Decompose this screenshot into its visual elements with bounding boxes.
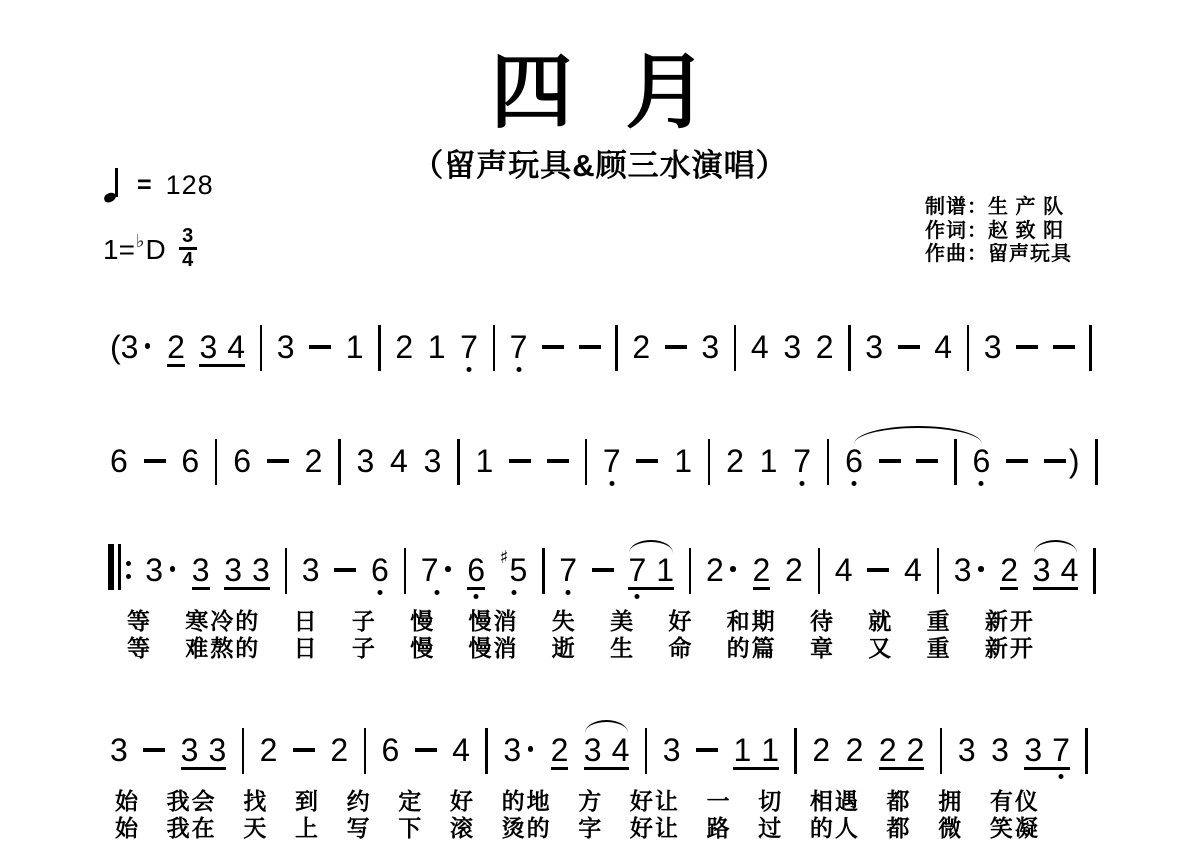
dash-rest [636,444,658,463]
note-number: 4 [390,444,408,478]
note-number: 3 [110,733,128,767]
note-number: 3 [584,733,602,767]
barline [260,325,263,371]
note-number: 2 [879,733,897,767]
credit-lyricist: 作词：赵 致 阳 [925,220,1072,244]
note: 2 [551,733,569,770]
dash-bar [547,459,569,463]
note-number: 6 [845,444,863,478]
note: 3 [252,553,270,587]
note: 3 [199,330,217,364]
note: 7 [559,553,577,587]
lyric-syllable: 都 [887,810,912,843]
repeat-sign [108,553,131,587]
dash-rest [1006,444,1028,463]
dash-rest: ) [1044,444,1080,478]
credit-arranger: 制谱：生 产 队 [925,196,1072,220]
note-number: 3 [991,733,1009,767]
note: 3 [1024,733,1042,767]
tempo-bpm: 128 [166,170,214,201]
note-number: 2 [812,733,830,767]
note: 6 [973,444,991,478]
note-number: 2 [1000,553,1018,587]
note-number: 2 [816,330,834,364]
lyric-syllable: 重 [927,630,952,663]
note: 7 [421,553,453,587]
repeat-dots [126,553,131,587]
note: 1 [346,330,364,364]
lyric-syllable: 命 [668,630,693,663]
key-main: 1=♭D [103,231,166,266]
note-number: 7 [559,553,577,587]
low-octave-dot [434,590,439,595]
barline [1089,325,1092,371]
barline [689,548,692,594]
note: 3 [145,553,177,587]
low-octave-dot [635,594,640,599]
note-number: 7 [793,444,811,478]
note-number: 2 [551,733,569,767]
music-line-2: 666234317121766) [110,444,1098,484]
credit-label: 作词： [925,220,988,242]
barline [585,439,588,485]
dash-rest [579,330,601,349]
dash-rest [143,733,165,752]
note: 4 [751,330,769,364]
lyric-syllable: 又 [868,630,893,663]
note: 1 [733,733,751,767]
lyric-syllable: 上 [295,810,320,843]
note: 3 [302,553,320,587]
dash-bar [1053,345,1075,349]
note-number: 3 [958,733,976,767]
barline [794,728,797,774]
key-signature: 1=♭D 3 4 [103,228,197,269]
lyric-syllable: 慢 [410,630,435,663]
note: 3 [958,733,976,767]
barline [645,728,648,774]
lyric-syllable: 路 [707,810,732,843]
barline [215,439,218,485]
note: 7 [510,330,528,364]
note: 6 [467,553,485,590]
low-octave-dot [852,481,857,486]
note-number: 3 [663,733,681,767]
note: 2 [816,330,834,364]
note: 3 [424,444,442,478]
note-number: 4 [1061,553,1079,587]
note: 1 [760,444,778,478]
lyric-syllable: 生 [610,630,635,663]
note: 3 [984,330,1002,364]
dash-rest [916,444,938,463]
note-number: 2 [305,444,323,478]
time-signature-top: 3 [182,228,193,245]
dash-bar [415,748,437,752]
lyric-syllable: 子 [352,630,377,663]
dash-rest [293,733,315,752]
note: 6 [381,733,399,767]
note: 1 [475,444,493,478]
beam-group: 37 [1024,733,1070,770]
note-number: 7 [510,330,528,364]
note: 2 [395,330,413,364]
low-octave-dot [566,590,571,595]
note: 2 [260,733,278,767]
barline [954,439,957,485]
note-number: 2 [706,553,724,587]
note-number: 1 [656,553,674,587]
note: 2 [907,733,925,767]
barline [404,548,407,594]
note-number: 7 [603,444,621,478]
note-number: 3 [277,330,295,364]
dash-bar [144,459,166,463]
note: 3 [584,733,602,767]
dash-rest [415,733,437,752]
low-octave-dot [800,481,805,486]
low-octave-dot [609,481,614,486]
note-number: 3 [224,553,242,587]
low-octave-dot [979,481,984,486]
note-number: 3 [1024,733,1042,767]
note: 3 [192,553,210,590]
note-number: 3 [192,553,210,587]
note: 3 [181,733,199,767]
dash-bar [309,345,331,349]
dash-rest [898,330,920,349]
tempo-mark: = 128 [104,167,214,203]
dash-rest [665,330,687,349]
barline [615,325,618,371]
dash-bar [334,568,356,572]
note-number: 4 [904,553,922,587]
note-number: 3 [208,733,226,767]
dash-bar [867,568,889,572]
key-prefix: 1= [103,234,135,265]
beam-group: 71 [628,553,674,590]
note-number: 6 [181,444,199,478]
note-number: 1 [428,330,446,364]
low-octave-dot [1059,774,1064,779]
sheet-music-page: 四 月 （留声玩具&顾三水演唱） = 128 1=♭D 3 4 制谱：生 产 队… [0,0,1200,850]
note: 2 [1000,553,1018,590]
credit-label: 制谱： [925,196,988,218]
lyrics-line3-verse2: 等难熬的日子慢慢消逝生命的篇章又重新开 [127,630,1035,663]
note: 3 [865,330,883,364]
dash-rest [879,444,901,463]
lyric-syllable: 的人 [810,810,860,843]
barline [848,325,851,371]
dash-rest [144,444,166,463]
lyric-syllable: 烫的 [502,810,552,843]
note-number: 2 [260,733,278,767]
note-number: 3 [954,553,972,587]
note-number: 3 [181,733,199,767]
note-number: 3 [302,553,320,587]
low-octave-dot [516,367,521,372]
music-line-1: (323431217723432343 [110,330,1092,370]
note: 2 [167,330,185,367]
note: 7 [793,444,811,478]
dash-rest [1016,330,1038,349]
lyric-syllable: 难熬的 [185,630,260,663]
note: 6 [845,444,863,478]
barline [285,548,288,594]
note: 3 [954,553,986,587]
barline [734,325,737,371]
note-number: 6 [467,553,485,587]
beam-group: 22 [879,733,925,770]
dash-bar [696,748,718,752]
note: 2 [726,444,744,478]
lyric-syllable: 好让 [630,810,680,843]
lyric-syllable: 微 [938,810,963,843]
barline [378,325,381,371]
note-number: 2 [167,330,185,364]
low-octave-dot [474,594,479,599]
lyric-syllable: 的篇 [727,630,777,663]
barline [338,439,341,485]
note: 2 [785,553,803,587]
note-number: 5 [510,553,528,587]
dash-rest [547,444,569,463]
dash-bar [916,459,938,463]
dash-bar [542,345,564,349]
note-number: 3 [121,330,139,364]
dash-bar [1006,459,1028,463]
dash-rest [592,553,614,572]
note: 6 [233,444,251,478]
note: 1 [428,330,446,364]
note-number: 2 [753,553,771,587]
note: 4 [612,733,630,767]
note: 7 [603,444,621,478]
note: 7 [460,330,478,364]
credit-composer: 作曲：留声玩具 [925,243,1072,267]
note: 2 [632,330,650,364]
lyric-syllable: 新开 [985,630,1035,663]
note-number: 3 [145,553,163,587]
barline [542,548,545,594]
dash-bar [509,459,531,463]
note-number: 7 [460,330,478,364]
music-line-3: 33333676♯5771222443234 [108,553,1096,593]
barline [940,728,943,774]
dash-bar [1044,459,1066,463]
barline [457,439,460,485]
note-number: 1 [674,444,692,478]
note: 4 [227,330,245,364]
dash-rest [509,444,531,463]
note-number: 6 [381,733,399,767]
note: 4 [934,330,952,364]
note-number: 1 [761,733,779,767]
lyric-syllable: 笑凝 [990,810,1040,843]
note-number: 1 [760,444,778,478]
dash-bar [293,748,315,752]
lyric-syllable: 章 [810,630,835,663]
barline [827,439,830,485]
note: 4 [452,733,470,767]
dash-rest [334,553,356,572]
note: 2 [305,444,323,478]
lyric-syllable: 天 [243,810,268,843]
note: 2 [846,733,864,767]
lyric-syllable: 逝 [552,630,577,663]
note-number: 3 [424,444,442,478]
tempo-equals: = [137,171,152,200]
barline [1085,728,1088,774]
note-number: 4 [452,733,470,767]
note-number: 2 [330,733,348,767]
note: 1 [656,553,674,587]
note-number: 3 [701,330,719,364]
note-number: 3 [356,444,374,478]
note: 1 [674,444,692,478]
dash-rest [542,330,564,349]
time-signature: 3 4 [179,228,197,269]
lyric-syllable: 日 [294,630,319,663]
dash-bar [267,459,289,463]
barline [937,548,940,594]
note: 3 [701,330,719,364]
lyrics-line4-verse2: 始我在天上写下滚烫的字好让路过的人都微笑凝 [115,810,1040,843]
note: 4 [1061,553,1079,587]
note-number: 6 [371,553,389,587]
time-signature-bottom: 4 [182,252,193,269]
dash-bar [898,345,920,349]
note-number: 4 [835,553,853,587]
quarter-note-icon [104,167,119,203]
lyric-syllable: 下 [398,810,423,843]
note: 3 [503,733,535,767]
note-number: 7 [628,553,646,587]
note: 6 [181,444,199,478]
beam-group: 11 [733,733,779,770]
note-number: 2 [632,330,650,364]
lyric-syllable: 等 [127,630,152,663]
key-tonic: D [145,234,165,265]
note-number: 3 [1033,553,1051,587]
dash-rest [696,733,718,752]
note: 3 [991,733,1009,767]
note-number: 7 [421,553,439,587]
dash-bar [592,568,614,572]
lyric-syllable: 我在 [167,810,217,843]
note-number: 3 [865,330,883,364]
lyric-syllable: 滚 [450,810,475,843]
dash-rest [867,553,889,572]
note-number: 3 [252,553,270,587]
note: 2 [706,553,738,587]
note-number: 4 [612,733,630,767]
credits-block: 制谱：生 产 队 作词：赵 致 阳 作曲：留声玩具 [925,196,1072,267]
lyric-syllable: 始 [115,810,140,843]
note: 3 [208,733,226,767]
note-number: 3 [503,733,521,767]
note: (3 [110,330,152,364]
open-paren: ( [110,330,121,364]
note-number: 4 [934,330,952,364]
note-number: 3 [984,330,1002,364]
credit-value: 生 产 队 [988,196,1064,218]
note-number: 6 [973,444,991,478]
beam-group: 34 [1033,553,1079,590]
note-number: 1 [346,330,364,364]
note-number: 2 [785,553,803,587]
note: 2 [330,733,348,767]
low-octave-dot [377,590,382,595]
note: 3 [110,733,128,767]
lyric-syllable: 过 [758,810,783,843]
note: 3 [663,733,681,767]
dash-bar [665,345,687,349]
dash-bar [636,459,658,463]
credit-value: 赵 致 阳 [988,220,1064,242]
note: 1 [761,733,779,767]
dash-rest [1053,330,1075,349]
beam-group: 33 [224,553,270,590]
note: ♯5 [500,553,528,587]
note: 3 [783,330,801,364]
note: 7 [628,553,646,587]
lyric-syllable: 字 [578,810,603,843]
flat-icon: ♭ [136,231,145,252]
note: 3 [277,330,295,364]
note-number: 6 [233,444,251,478]
note-number: 4 [751,330,769,364]
note-number: 7 [1052,733,1070,767]
note: 2 [753,553,771,590]
beam-group: 33 [181,733,227,770]
note-number: 1 [733,733,751,767]
dash-rest [267,444,289,463]
barline [364,728,367,774]
note: 4 [390,444,408,478]
dash-bar [1016,345,1038,349]
barline [708,439,711,485]
barline [1093,548,1096,594]
note-number: 3 [783,330,801,364]
dash-rest [309,330,331,349]
note: 3 [224,553,242,587]
note-number: 4 [227,330,245,364]
barline [493,325,496,371]
dash-bar [579,345,601,349]
repeat-thick-bar [108,544,114,590]
barline [967,325,970,371]
barline [818,548,821,594]
dash-bar [879,459,901,463]
credit-value: 留声玩具 [988,243,1072,265]
note: 2 [879,733,897,767]
barline [242,728,245,774]
credit-label: 作曲： [925,243,988,265]
note-number: 2 [395,330,413,364]
repeat-thin-bar [118,544,121,590]
low-octave-dot [511,590,516,595]
sharp-icon: ♯ [500,549,509,567]
beam-group: 34 [584,733,630,770]
tie-arc [854,426,982,444]
note-number: 6 [110,444,128,478]
barline [485,728,488,774]
note: 3 [356,444,374,478]
note-number: 2 [846,733,864,767]
note: 6 [110,444,128,478]
note: 6 [371,553,389,587]
